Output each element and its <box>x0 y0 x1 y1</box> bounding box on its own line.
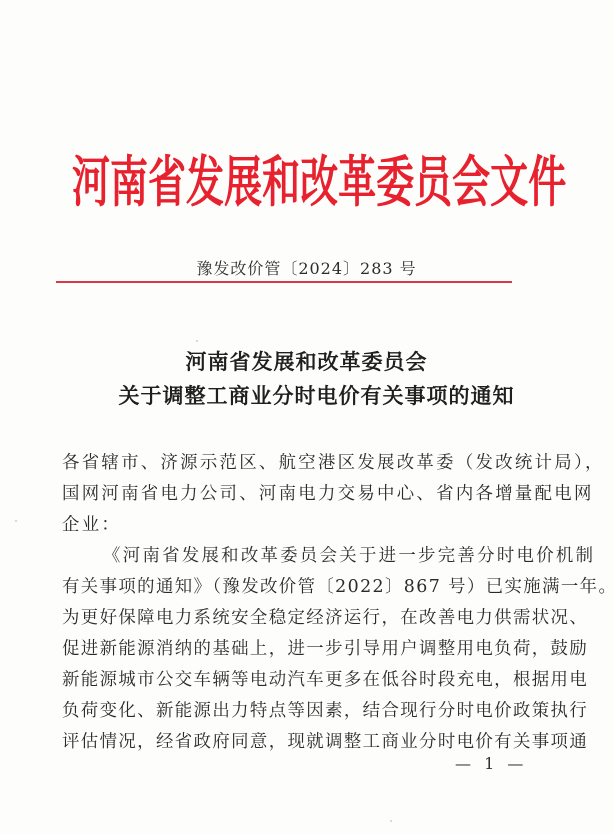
body-line: 国网河南省电力公司、河南电力交易中心、省内各增量配电网 <box>62 479 520 510</box>
document-number: 豫发改价管〔2024〕283 号 <box>0 256 613 279</box>
title-char: 南 <box>110 154 148 209</box>
title-char: 革 <box>338 154 376 209</box>
body-line: 为更好保障电力系统安全稳定经济运行，在改善电力供需状况、 <box>62 603 520 634</box>
title-char: 会 <box>452 154 490 209</box>
title-char: 文 <box>490 154 528 209</box>
title-char: 发 <box>186 154 224 209</box>
red-divider-line <box>56 281 512 283</box>
scan-speck <box>196 340 198 342</box>
scan-speck <box>540 620 542 622</box>
body-line: 新能源城市公交车辆等电动汽车更多在低谷时段充电，根据用电 <box>62 665 520 696</box>
title-char: 省 <box>148 154 186 209</box>
subject-line-1: 河南省发展和改革委员会 <box>0 346 613 376</box>
scan-speck <box>15 520 17 522</box>
title-char: 和 <box>262 154 300 209</box>
title-char: 展 <box>224 154 262 209</box>
page-number: — 1 — <box>455 754 527 773</box>
body-line: 《河南省发展和改革委员会关于进一步完善分时电价机制 <box>62 541 520 572</box>
body-line: 有关事项的通知》（豫发改价管〔2022〕867 号）已实施满一年。 <box>62 572 520 603</box>
body-line: 负荷变化、新能源出力特点等因素，结合现行分时电价政策执行 <box>62 696 520 727</box>
subject-line-2: 关于调整工商业分时电价有关事项的通知 <box>10 380 613 410</box>
scan-speck <box>390 820 392 822</box>
body-line: 企业： <box>62 510 520 541</box>
title-char: 改 <box>300 154 338 209</box>
document-page: 河 南 省 发 展 和 改 革 委 员 会 文 件 豫发改价管〔2024〕283… <box>0 0 613 834</box>
title-char: 件 <box>528 154 566 209</box>
title-char: 委 <box>376 154 414 209</box>
body-text: 各省辖市、济源示范区、航空港区发展改革委（发改统计局）， 国网河南省电力公司、河… <box>62 448 520 758</box>
body-line: 各省辖市、济源示范区、航空港区发展改革委（发改统计局）， <box>62 448 520 479</box>
title-char: 员 <box>414 154 452 209</box>
body-line: 促进新能源消纳的基础上，进一步引导用户调整用电负荷，鼓励 <box>62 634 520 665</box>
body-line: 评估情况，经省政府同意，现就调整工商业分时电价有关事项通 <box>62 727 520 758</box>
title-char: 河 <box>72 154 110 209</box>
issuer-red-header: 河 南 省 发 展 和 改 革 委 员 会 文 件 <box>72 150 512 214</box>
